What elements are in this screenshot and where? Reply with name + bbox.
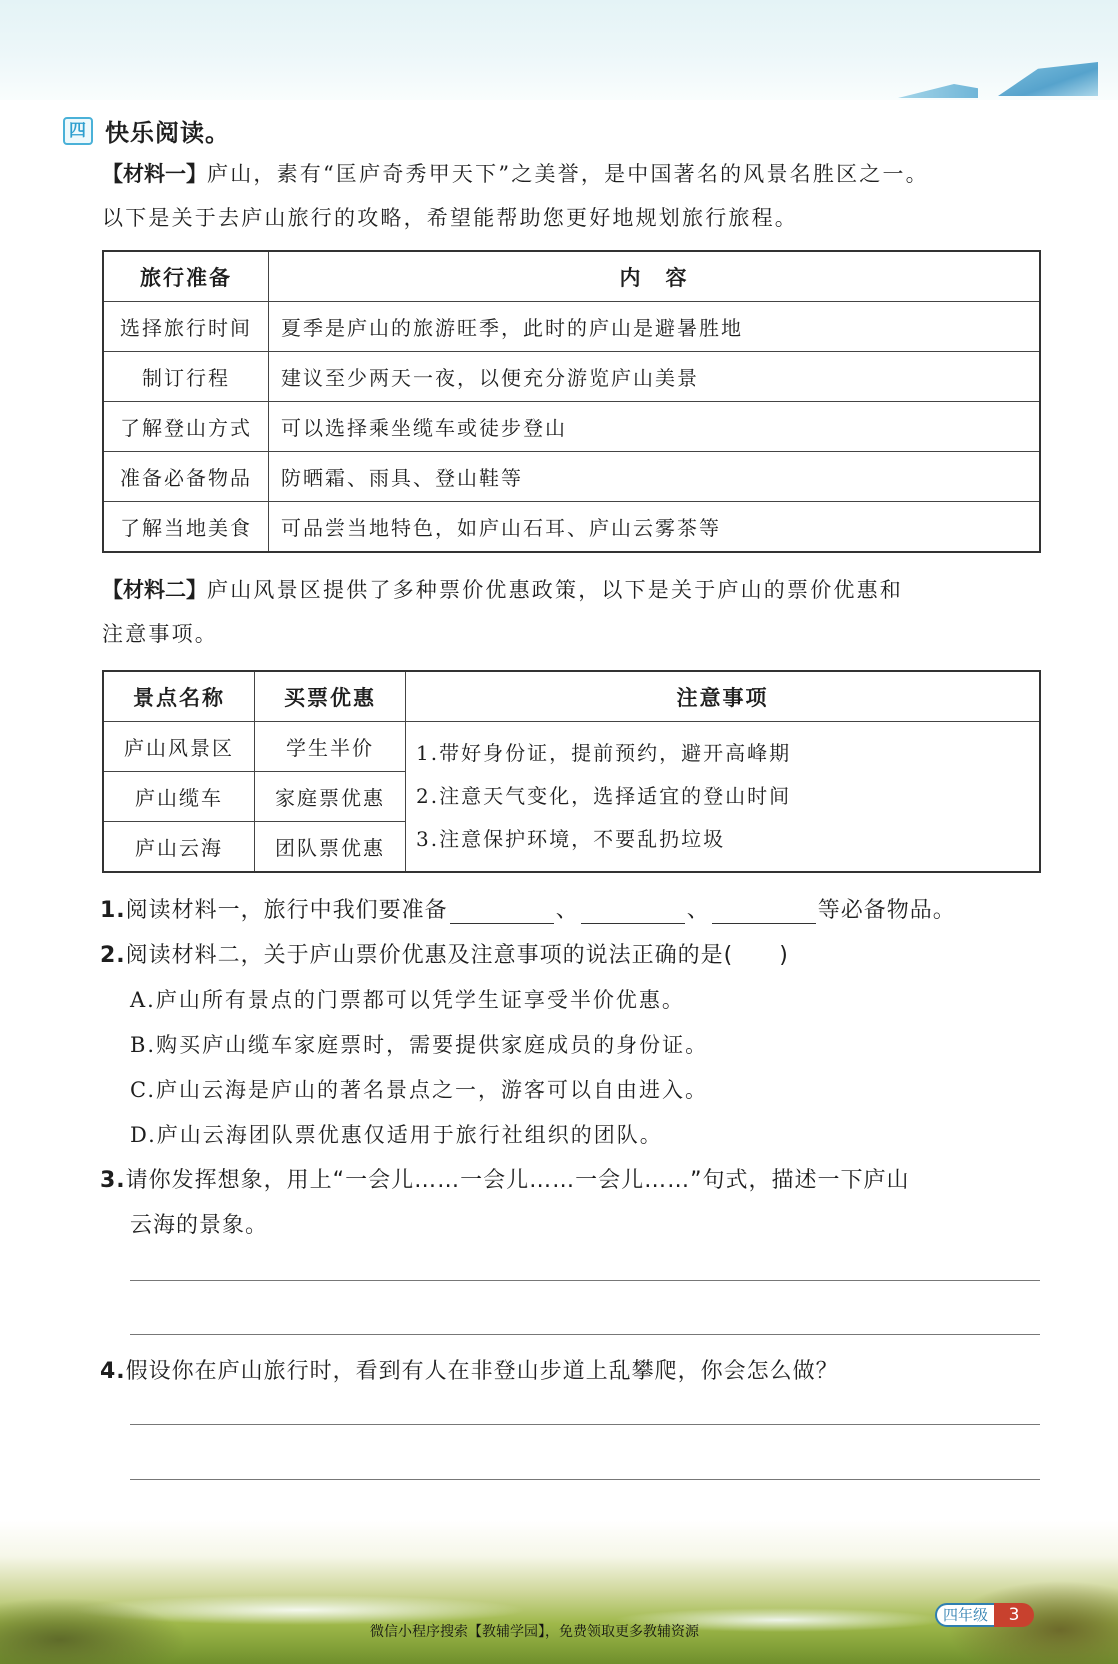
table-header-row: 旅行准备 内 容 xyxy=(103,251,1040,302)
material2-line1: 庐山风景区提供了多种票价优惠政策，以下是关于庐山的票价优惠和 xyxy=(207,578,903,602)
option-d[interactable]: D.庐山云海团队票优惠仅适用于旅行社组织的团队。 xyxy=(130,1119,663,1149)
prep-item: 制订行程 xyxy=(103,352,269,402)
answer-blank-2[interactable] xyxy=(581,901,685,924)
spot-name: 庐山云海 xyxy=(103,822,255,873)
section-heading: 四 快乐阅读。 xyxy=(63,113,230,148)
landscape-illustration xyxy=(0,1520,1118,1664)
question-number: 4. xyxy=(100,1359,126,1384)
question-number: 3. xyxy=(100,1168,126,1193)
separator: 、 xyxy=(687,898,710,923)
ticket-discount: 学生半价 xyxy=(255,722,406,772)
table-row: 制订行程建议至少两天一夜，以便充分游览庐山美景 xyxy=(103,352,1040,402)
top-decorative-banner xyxy=(0,0,1118,100)
material1-tag: 【材料一】 xyxy=(102,162,207,186)
prep-item: 了解登山方式 xyxy=(103,402,269,452)
spot-name: 庐山风景区 xyxy=(103,722,255,772)
option-c[interactable]: C.庐山云海是庐山的著名景点之一，游客可以自由进入。 xyxy=(130,1074,708,1104)
question-number: 2. xyxy=(100,943,126,968)
spot-name: 庐山缆车 xyxy=(103,772,255,822)
question-text-tail: 等必备物品。 xyxy=(818,898,956,923)
answer-line-q3-1[interactable] xyxy=(130,1280,1040,1281)
header-prep: 旅行准备 xyxy=(103,251,269,302)
ticket-policy-table: 景点名称 买票优惠 注意事项 庐山风景区 学生半价 1.带好身份证，提前预约，避… xyxy=(102,670,1041,873)
table-header-row: 景点名称 买票优惠 注意事项 xyxy=(103,671,1040,722)
question-2: 2.阅读材料二，关于庐山票价优惠及注意事项的说法正确的是( ) xyxy=(100,938,789,969)
ticket-discount: 团队票优惠 xyxy=(255,822,406,873)
page-number: 3 xyxy=(994,1603,1034,1627)
answer-line-q4-2[interactable] xyxy=(130,1479,1040,1480)
answer-blank-1[interactable] xyxy=(450,901,554,924)
option-b[interactable]: B.购买庐山缆车家庭票时，需要提供家庭成员的身份证。 xyxy=(130,1029,708,1059)
ticket-discount: 家庭票优惠 xyxy=(255,772,406,822)
section-title: 快乐阅读。 xyxy=(105,113,230,148)
prep-content: 可以选择乘坐缆车或徒步登山 xyxy=(269,402,1041,452)
grade-label: 四年级 xyxy=(935,1603,994,1627)
question-text: 阅读材料二，关于庐山票价优惠及注意事项的说法正确的是( ) xyxy=(126,943,789,968)
material1-line2: 以下是关于去庐山旅行的攻略，希望能帮助您更好地规划旅行旅程。 xyxy=(102,196,1042,240)
option-a[interactable]: A.庐山所有景点的门票都可以凭学生证享受半价优惠。 xyxy=(130,984,685,1014)
table-row: 选择旅行时间夏季是庐山的旅游旺季，此时的庐山是避暑胜地 xyxy=(103,302,1040,352)
answer-line-q4-1[interactable] xyxy=(130,1424,1040,1425)
note-item: 1.带好身份证，提前预约，避开高峰期 xyxy=(416,732,1027,775)
material2-tag: 【材料二】 xyxy=(102,578,207,602)
prep-content: 防晒霜、雨具、登山鞋等 xyxy=(269,452,1041,502)
material1-line1: 庐山，素有“匡庐奇秀甲天下”之美誉，是中国著名的风景名胜区之一。 xyxy=(207,162,929,186)
question-number: 1. xyxy=(100,898,126,923)
watermark-text: 微信小程序搜索【教辅学园】，免费领取更多教辅资源 xyxy=(370,1621,699,1641)
prep-item: 准备必备物品 xyxy=(103,452,269,502)
table-row: 庐山风景区 学生半价 1.带好身份证，提前预约，避开高峰期 2.注意天气变化，选… xyxy=(103,722,1040,772)
answer-blank-3[interactable] xyxy=(712,901,816,924)
notes-cell: 1.带好身份证，提前预约，避开高峰期 2.注意天气变化，选择适宜的登山时间 3.… xyxy=(406,722,1041,873)
prep-content: 建议至少两天一夜，以便充分游览庐山美景 xyxy=(269,352,1041,402)
question-3-line2: 云海的景象。 xyxy=(130,1208,268,1239)
question-text: 阅读材料一，旅行中我们要准备 xyxy=(126,898,448,923)
page-tag: 四年级 3 xyxy=(935,1603,1034,1627)
table-row: 了解当地美食可品尝当地特色，如庐山石耳、庐山云雾茶等 xyxy=(103,502,1040,553)
question-text: 假设你在庐山旅行时，看到有人在非登山步道上乱攀爬，你会怎么做？ xyxy=(126,1359,839,1384)
table-row: 了解登山方式可以选择乘坐缆车或徒步登山 xyxy=(103,402,1040,452)
prep-item: 选择旅行时间 xyxy=(103,302,269,352)
material1-intro: 【材料一】庐山，素有“匡庐奇秀甲天下”之美誉，是中国著名的风景名胜区之一。 以下… xyxy=(102,152,1042,240)
header-notes: 注意事项 xyxy=(406,671,1041,722)
header-content: 内 容 xyxy=(269,251,1041,302)
separator: 、 xyxy=(556,898,579,923)
question-1: 1.阅读材料一，旅行中我们要准备、、等必备物品。 xyxy=(100,893,956,924)
question-4: 4.假设你在庐山旅行时，看到有人在非登山步道上乱攀爬，你会怎么做？ xyxy=(100,1354,839,1385)
question-3: 3.请你发挥想象，用上“一会儿……一会儿……一会儿……”句式，描述一下庐山 xyxy=(100,1163,909,1194)
prep-content: 可品尝当地特色，如庐山石耳、庐山云雾茶等 xyxy=(269,502,1041,553)
answer-line-q3-2[interactable] xyxy=(130,1334,1040,1335)
material2-intro: 【材料二】庐山风景区提供了多种票价优惠政策，以下是关于庐山的票价优惠和 注意事项… xyxy=(102,568,1042,656)
question-text: 请你发挥想象，用上“一会儿……一会儿……一会儿……”句式，描述一下庐山 xyxy=(126,1168,910,1193)
prep-content: 夏季是庐山的旅游旺季，此时的庐山是避暑胜地 xyxy=(269,302,1041,352)
section-number-badge: 四 xyxy=(63,117,93,145)
header-spot: 景点名称 xyxy=(103,671,255,722)
travel-prep-table: 旅行准备 内 容 选择旅行时间夏季是庐山的旅游旺季，此时的庐山是避暑胜地 制订行… xyxy=(102,250,1041,553)
prep-item: 了解当地美食 xyxy=(103,502,269,553)
header-discount: 买票优惠 xyxy=(255,671,406,722)
material2-line2: 注意事项。 xyxy=(102,612,1042,656)
note-item: 3.注意保护环境，不要乱扔垃圾 xyxy=(416,818,1027,861)
table-row: 准备必备物品防晒霜、雨具、登山鞋等 xyxy=(103,452,1040,502)
note-item: 2.注意天气变化，选择适宜的登山时间 xyxy=(416,775,1027,818)
